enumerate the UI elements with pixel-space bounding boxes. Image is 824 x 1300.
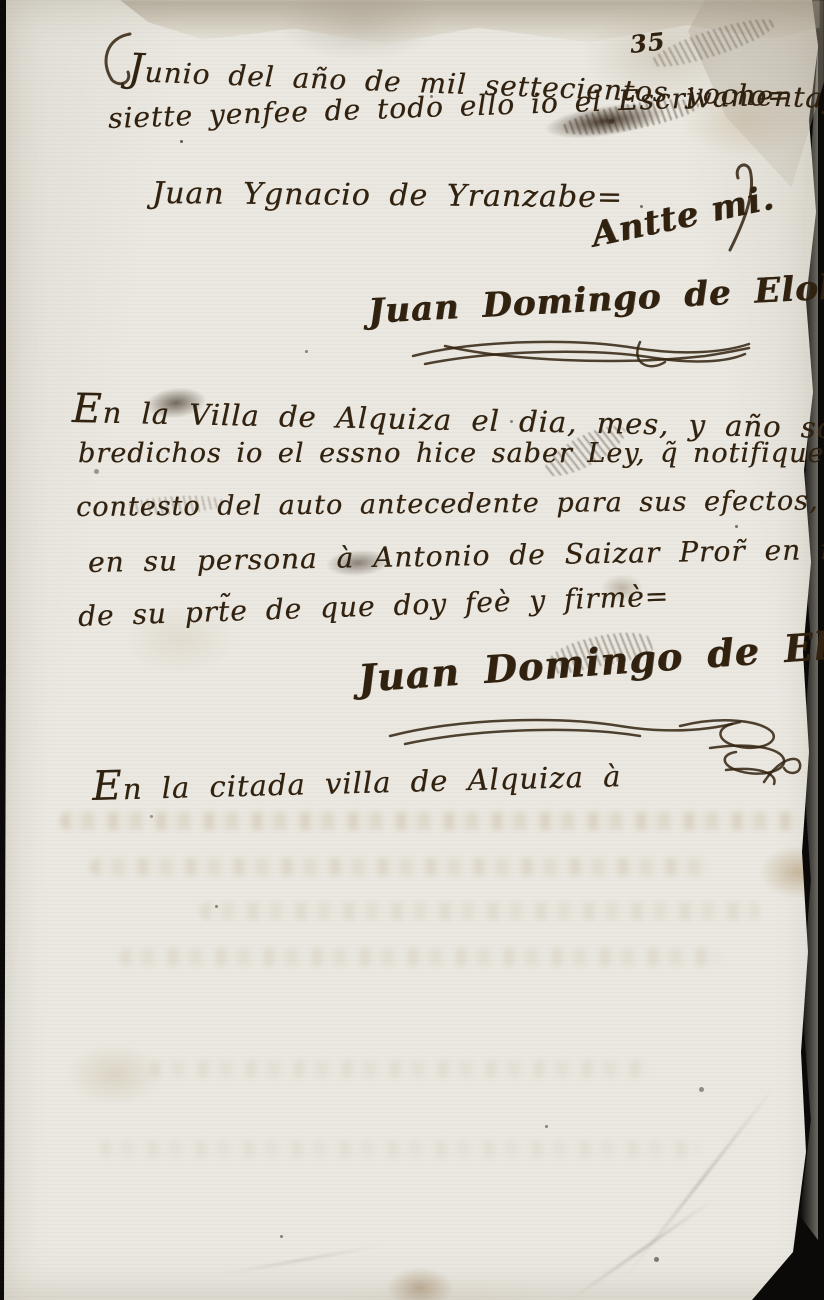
ink-bleed-through-band xyxy=(60,812,800,830)
ink-specks xyxy=(0,0,3,3)
ink-bleed-through-band xyxy=(90,858,710,876)
notification-line-2: bredichos io el essno hice saber Ley, q̃… xyxy=(78,438,824,469)
opening-line-3-name-juan-ygnacio: Juan Ygnacio de Yranzabe= xyxy=(152,176,623,215)
attestation-stroke-icon xyxy=(724,162,764,254)
ink-bleed-through-band xyxy=(150,1060,650,1078)
manuscript-scan: 35 Junio del año de mil settecientos yoc… xyxy=(0,0,824,1300)
ink-bleed-through-band xyxy=(200,902,760,920)
ink-bleed-through-band xyxy=(100,1140,700,1158)
signature-rubric-flourish-1 xyxy=(405,334,755,380)
ink-bleed-through-band xyxy=(120,948,720,966)
closing-curl-icon xyxy=(760,748,806,788)
